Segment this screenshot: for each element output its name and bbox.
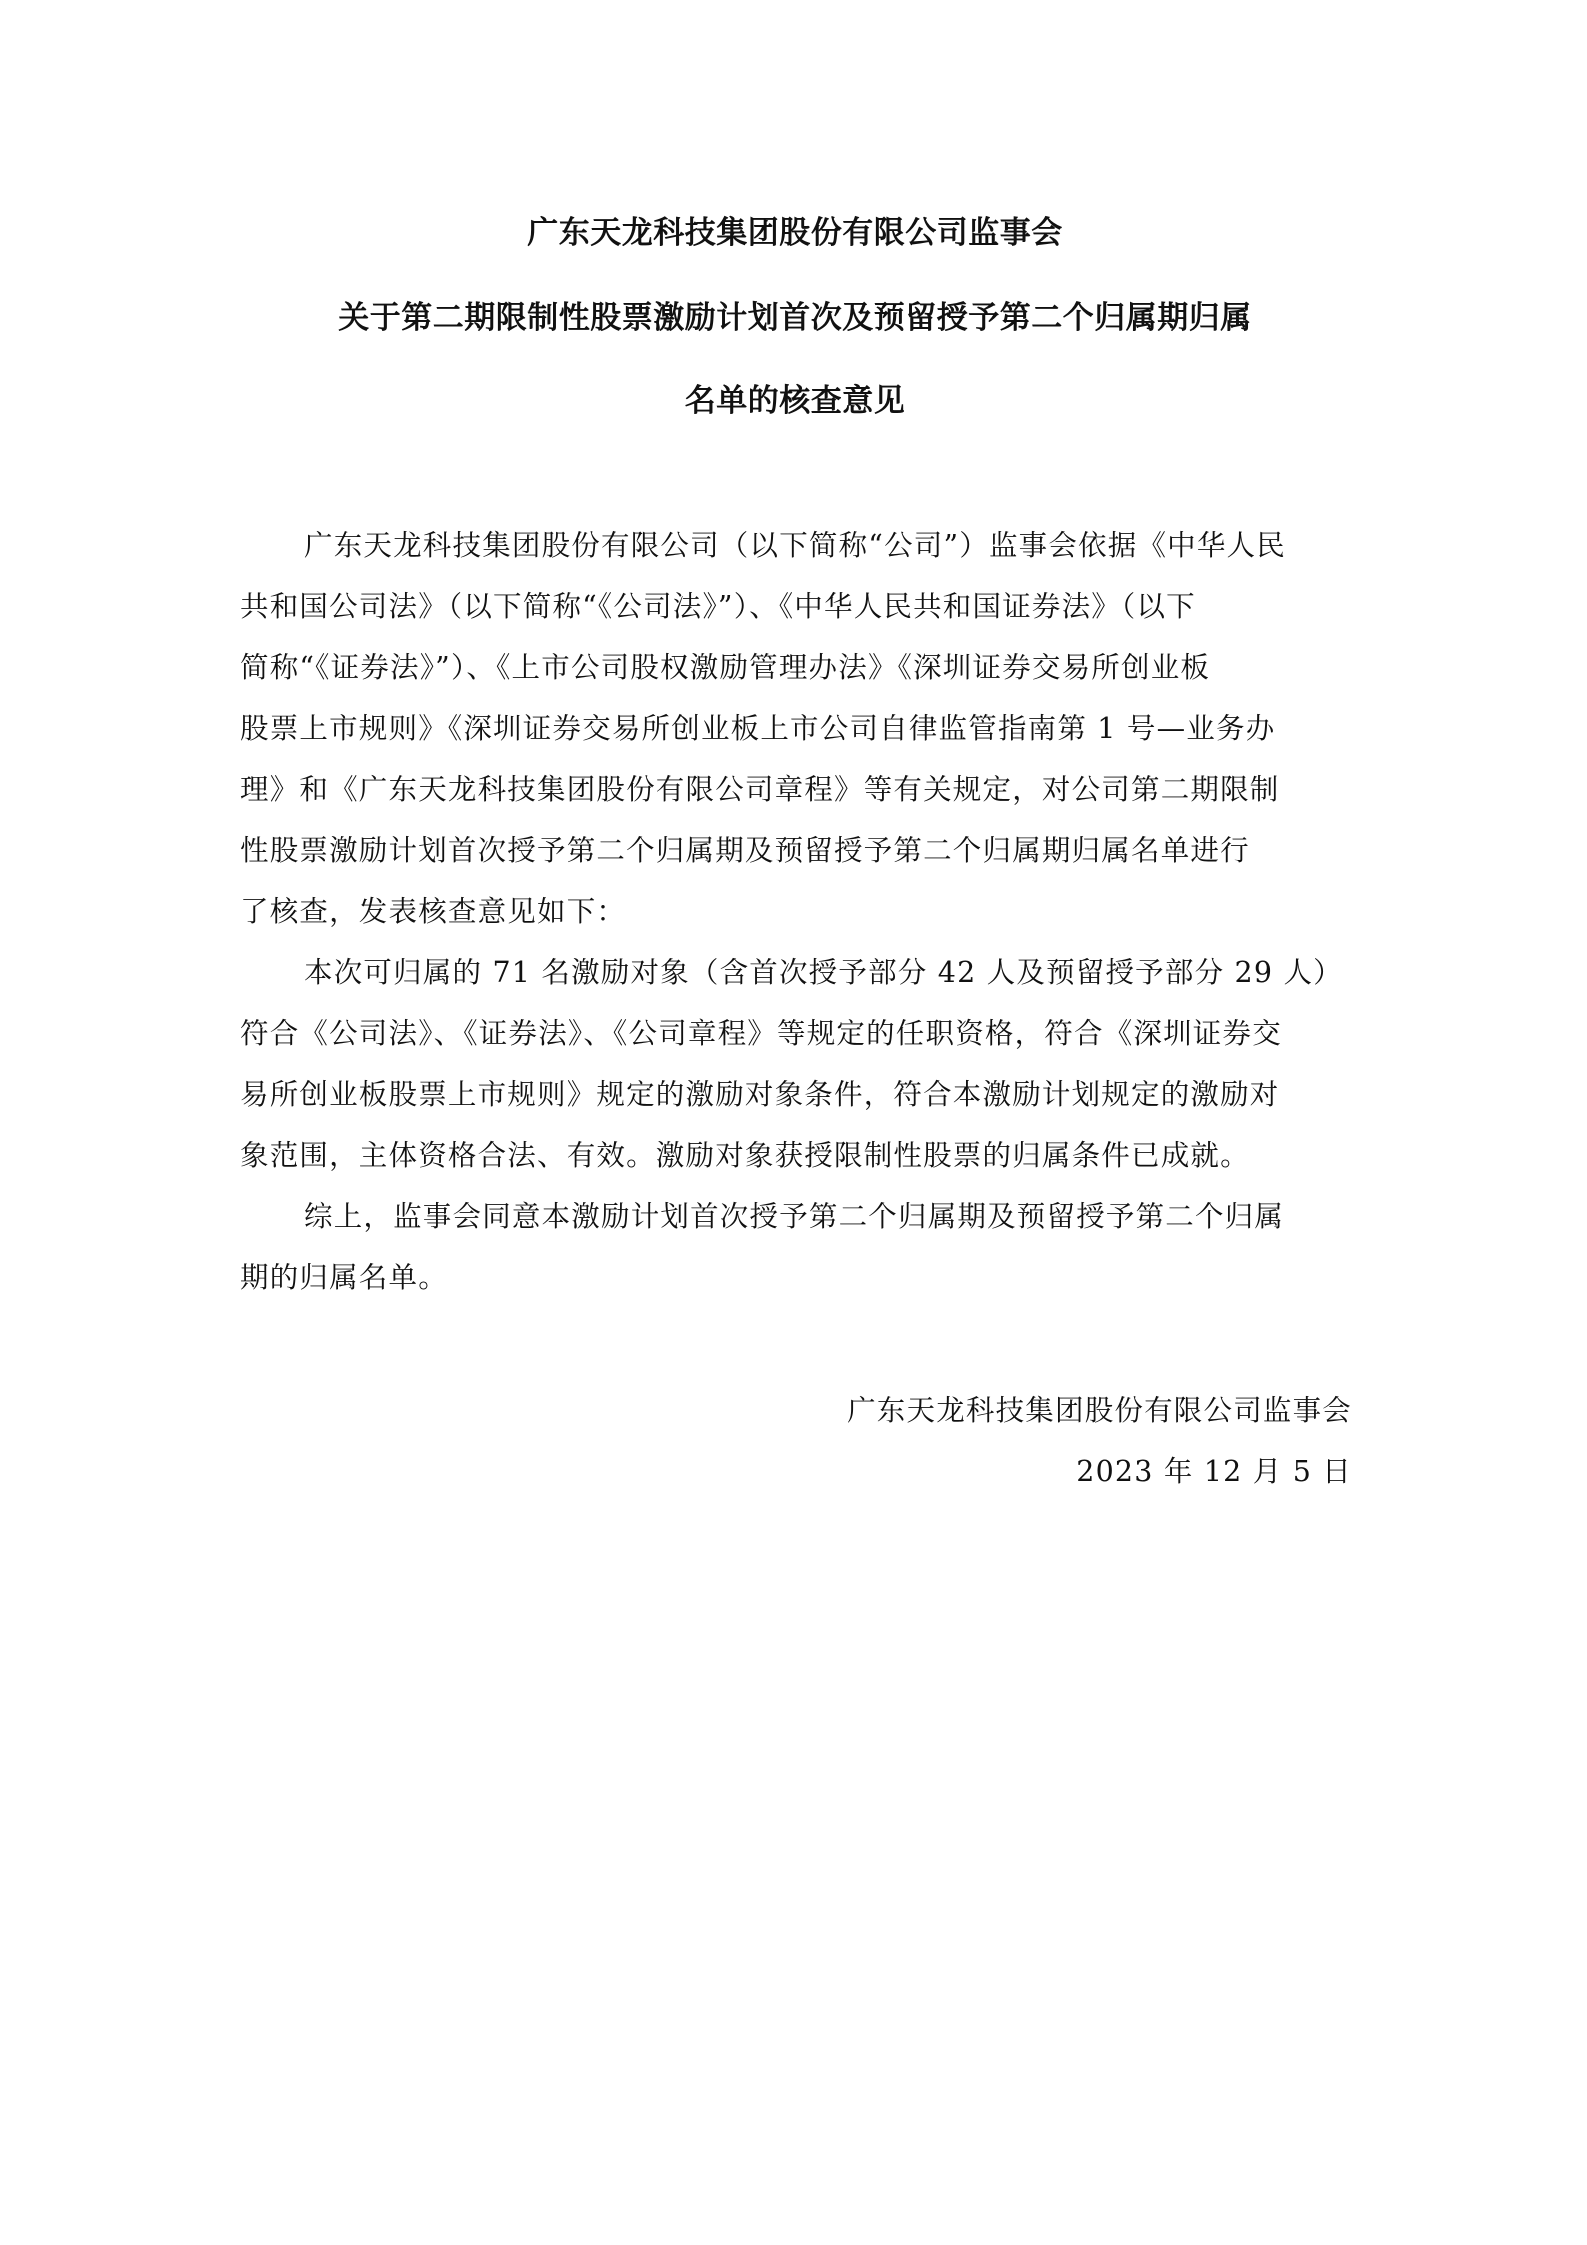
paragraph-line: 理》和《广东天龙科技集团股份有限公司章程》等有关规定，对公司第二期限制 <box>240 759 1352 820</box>
document-page: 广东天龙科技集团股份有限公司监事会 关于第二期限制性股票激励计划首次及预留授予第… <box>0 0 1587 2245</box>
signature-block: 广东天龙科技集团股份有限公司监事会 2023 年 12 月 5 日 <box>847 1380 1352 1502</box>
paragraph-line: 综上，监事会同意本激励计划首次授予第二个归属期及预留授予第二个归属 <box>240 1186 1352 1247</box>
title-line-subject-end: 名单的核查意见 <box>240 383 1350 419</box>
paragraph-conclusion: 综上，监事会同意本激励计划首次授予第二个归属期及预留授予第二个归属 期的归属名单… <box>240 1186 1352 1308</box>
paragraph-line: 广东天龙科技集团股份有限公司（以下简称“公司”）监事会依据《中华人民 <box>240 515 1352 576</box>
paragraph-line: 简称“《证券法》”）、《上市公司股权激励管理办法》《深圳证券交易所创业板 <box>240 637 1352 698</box>
paragraph-line: 股票上市规则》《深圳证券交易所创业板上市公司自律监管指南第 1 号—业务办 <box>240 698 1352 759</box>
paragraph-line: 易所创业板股票上市规则》规定的激励对象条件，符合本激励计划规定的激励对 <box>240 1064 1352 1125</box>
paragraph-line: 符合《公司法》、《证券法》、《公司章程》等规定的任职资格，符合《深圳证券交 <box>240 1003 1352 1064</box>
paragraph-line: 本次可归属的 71 名激励对象（含首次授予部分 42 人及预留授予部分 29 人… <box>240 942 1352 1003</box>
title-line-organization: 广东天龙科技集团股份有限公司监事会 <box>240 215 1350 251</box>
title-line-subject: 关于第二期限制性股票激励计划首次及预留授予第二个归属期归属 <box>240 300 1350 336</box>
paragraph-line: 共和国公司法》（以下简称“《公司法》”）、《中华人民共和国证券法》（以下 <box>240 576 1352 637</box>
signature-date: 2023 年 12 月 5 日 <box>847 1441 1352 1502</box>
signature-organization: 广东天龙科技集团股份有限公司监事会 <box>847 1380 1352 1441</box>
paragraph-line: 期的归属名单。 <box>240 1247 1352 1308</box>
paragraph-line: 性股票激励计划首次授予第二个归属期及预留授予第二个归属期归属名单进行 <box>240 820 1352 881</box>
paragraph-line: 了核查，发表核查意见如下： <box>240 881 1352 942</box>
paragraph-findings: 本次可归属的 71 名激励对象（含首次授予部分 42 人及预留授予部分 29 人… <box>240 942 1352 1186</box>
document-body: 广东天龙科技集团股份有限公司（以下简称“公司”）监事会依据《中华人民 共和国公司… <box>240 515 1352 1308</box>
paragraph-basis: 广东天龙科技集团股份有限公司（以下简称“公司”）监事会依据《中华人民 共和国公司… <box>240 515 1352 942</box>
paragraph-line: 象范围，主体资格合法、有效。激励对象获授限制性股票的归属条件已成就。 <box>240 1125 1352 1186</box>
